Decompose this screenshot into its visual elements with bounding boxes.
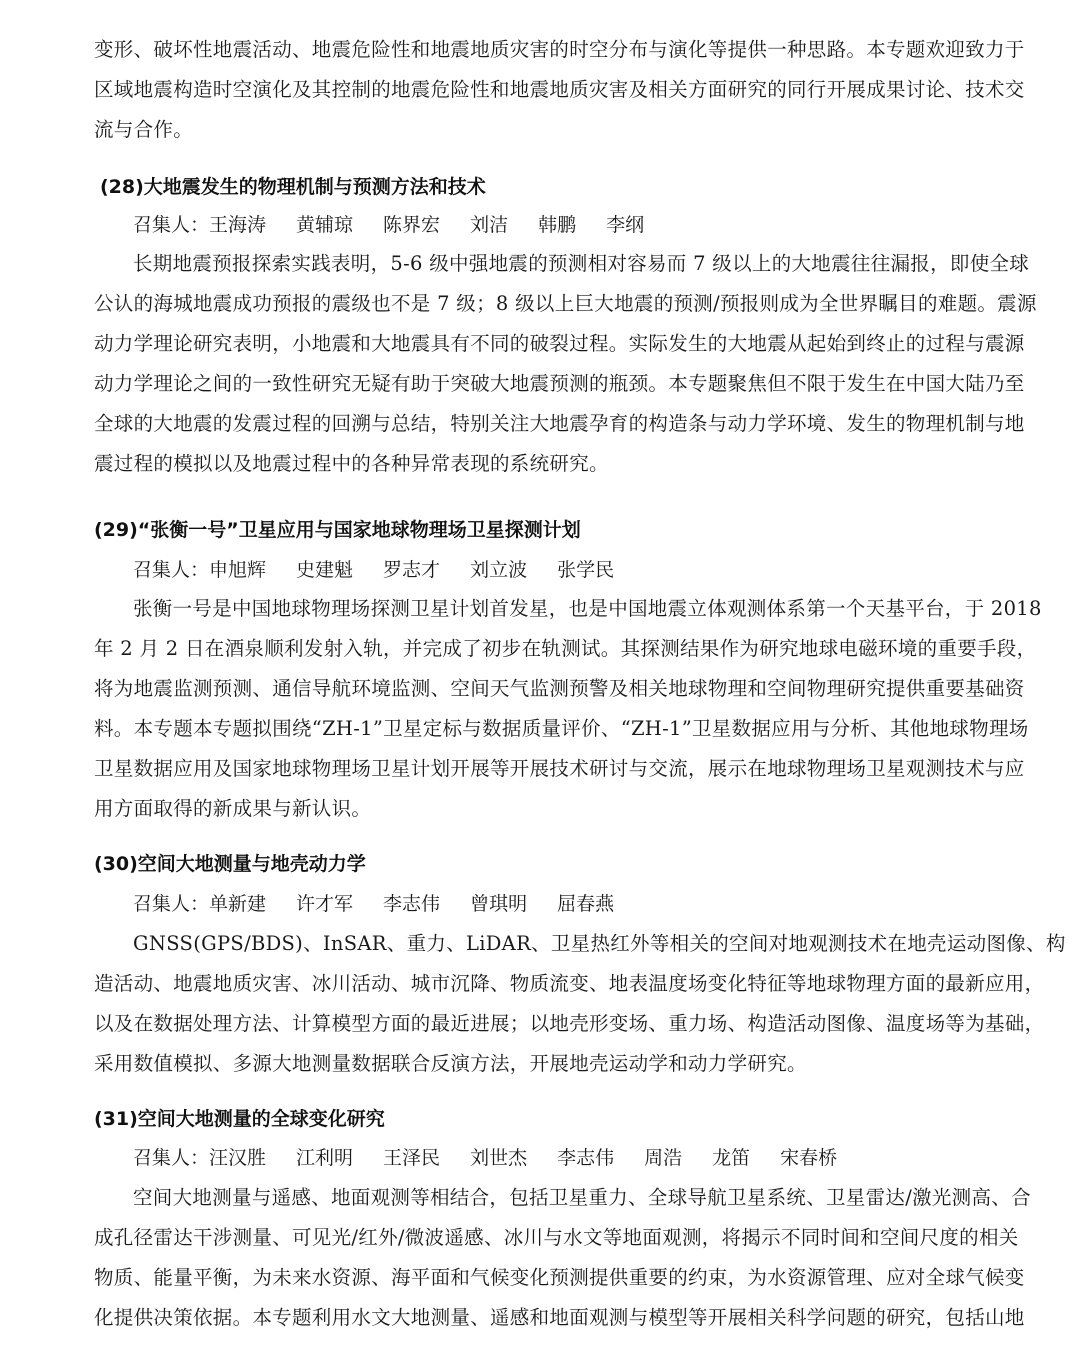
convener-name: 李志伟	[557, 1146, 614, 1170]
body-line: 动力学理论之间的一致性研究无疑有助于突破大地震预测的瓶颈。本专题聚焦但不限于发生…	[94, 372, 989, 396]
body-line: 将为地震监测预测、通信导航环境监测、空间天气监测预警及相关地球物理和空间物理研究…	[94, 677, 989, 701]
convener-name: 史建魁	[296, 558, 353, 582]
conveners-29: 召集人：申旭辉史建魁罗志才刘立波张学民	[133, 558, 644, 582]
convener-name: 申旭辉	[209, 558, 266, 582]
section-title-31: (31)空间大地测量的全球变化研究	[94, 1107, 385, 1131]
body-line: 用方面取得的新成果与新认识。	[94, 797, 989, 821]
intro-line: 流与合作。	[94, 118, 989, 142]
convener-name: 李志伟	[383, 892, 440, 916]
conveners-label: 召集人：	[133, 893, 209, 915]
body-line: 年 2 月 2 日在酒泉顺利发射入轨，并完成了初步在轨测试。其探测结果作为研究地…	[94, 637, 989, 661]
convener-name: 江利明	[296, 1146, 353, 1170]
convener-name: 许才军	[296, 892, 353, 916]
convener-name: 刘立波	[470, 558, 527, 582]
conveners-30: 召集人：单新建许才军李志伟曾琪明屈春燕	[133, 892, 644, 916]
convener-name: 屈春燕	[557, 892, 614, 916]
body-line: 全球的大地震的发震过程的回溯与总结，特别关注大地震孕育的构造条与动力学环境、发生…	[94, 412, 989, 436]
body-line: 料。本专题本专题拟围绕“ZH-1”卫星定标与数据质量评价、“ZH-1”卫星数据应…	[94, 717, 989, 741]
convener-name: 罗志才	[383, 558, 440, 582]
intro-line: 变形、破坏性地震活动、地震危险性和地震地质灾害的时空分布与演化等提供一种思路。本…	[94, 38, 989, 62]
conveners-28: 召集人：王海涛黄辅琼陈界宏刘洁韩鹏李纲	[133, 213, 674, 237]
convener-name: 王泽民	[383, 1146, 440, 1170]
body-line: 空间大地测量与遥感、地面观测等相结合，包括卫星重力、全球导航卫星系统、卫星雷达/…	[133, 1186, 989, 1210]
body-line: 卫星数据应用及国家地球物理场卫星计划开展等开展技术研讨与交流，展示在地球物理场卫…	[94, 757, 989, 781]
convener-name: 周浩	[644, 1146, 682, 1170]
convener-name: 黄辅琼	[296, 213, 353, 237]
body-line: GNSS(GPS/BDS)、InSAR、重力、LiDAR、卫星热红外等相关的空间…	[133, 932, 989, 956]
body-line: 动力学理论研究表明，小地震和大地震具有不同的破裂过程。实际发生的大地震从起始到终…	[94, 332, 989, 356]
body-line: 物质、能量平衡，为未来水资源、海平面和气候变化预测提供重要的约束，为水资源管理、…	[94, 1266, 989, 1290]
convener-name: 张学民	[557, 558, 614, 582]
convener-name: 王海涛	[209, 213, 266, 237]
body-line: 公认的海城地震成功预报的震级也不是 7 级；8 级以上巨大地震的预测/预报则成为…	[94, 292, 989, 316]
convener-name: 宋春桥	[780, 1146, 837, 1170]
intro-line: 区域地震构造时空演化及其控制的地震危险性和地震地质灾害及相关方面研究的同行开展成…	[94, 78, 989, 102]
body-line: 震过程的模拟以及地震过程中的各种异常表现的系统研究。	[94, 452, 989, 476]
convener-name: 曾琪明	[470, 892, 527, 916]
body-line: 张衡一号是中国地球物理场探测卫星计划首发星，也是中国地震立体观测体系第一个天基平…	[133, 597, 989, 621]
convener-name: 单新建	[209, 892, 266, 916]
document-page: 变形、破坏性地震活动、地震危险性和地震地质灾害的时空分布与演化等提供一种思路。本…	[0, 0, 1080, 1360]
conveners-label: 召集人：	[133, 214, 209, 236]
convener-name: 李纲	[606, 213, 644, 237]
section-title-28: (28)大地震发生的物理机制与预测方法和技术	[100, 175, 486, 199]
body-line: 成孔径雷达干涉测量、可见光/红外/微波遥感、冰川与水文等地面观测，将揭示不同时间…	[94, 1226, 989, 1250]
conveners-31: 召集人：汪汉胜江利明王泽民刘世杰李志伟周浩龙笛宋春桥	[133, 1146, 867, 1170]
body-line: 长期地震预报探索实践表明，5-6 级中强地震的预测相对容易而 7 级以上的大地震…	[133, 252, 989, 276]
conveners-label: 召集人：	[133, 1147, 209, 1169]
conveners-label: 召集人：	[133, 559, 209, 581]
convener-name: 韩鹏	[538, 213, 576, 237]
section-title-29: (29)“张衡一号”卫星应用与国家地球物理场卫星探测计划	[94, 518, 581, 542]
convener-name: 刘世杰	[470, 1146, 527, 1170]
body-line: 采用数值模拟、多源大地测量数据联合反演方法，开展地壳运动学和动力学研究。	[94, 1052, 989, 1076]
convener-name: 汪汉胜	[209, 1146, 266, 1170]
body-line: 化提供决策依据。本专题利用水文大地测量、遥感和地面观测与模型等开展相关科学问题的…	[94, 1306, 989, 1330]
body-line: 造活动、地震地质灾害、冰川活动、城市沉降、物质流变、地表温度场变化特征等地球物理…	[94, 972, 989, 996]
convener-name: 刘洁	[470, 213, 508, 237]
convener-name: 陈界宏	[383, 213, 440, 237]
convener-name: 龙笛	[712, 1146, 750, 1170]
section-title-30: (30)空间大地测量与地壳动力学	[94, 852, 366, 876]
body-line: 以及在数据处理方法、计算模型方面的最近进展；以地壳形变场、重力场、构造活动图像、…	[94, 1012, 989, 1036]
